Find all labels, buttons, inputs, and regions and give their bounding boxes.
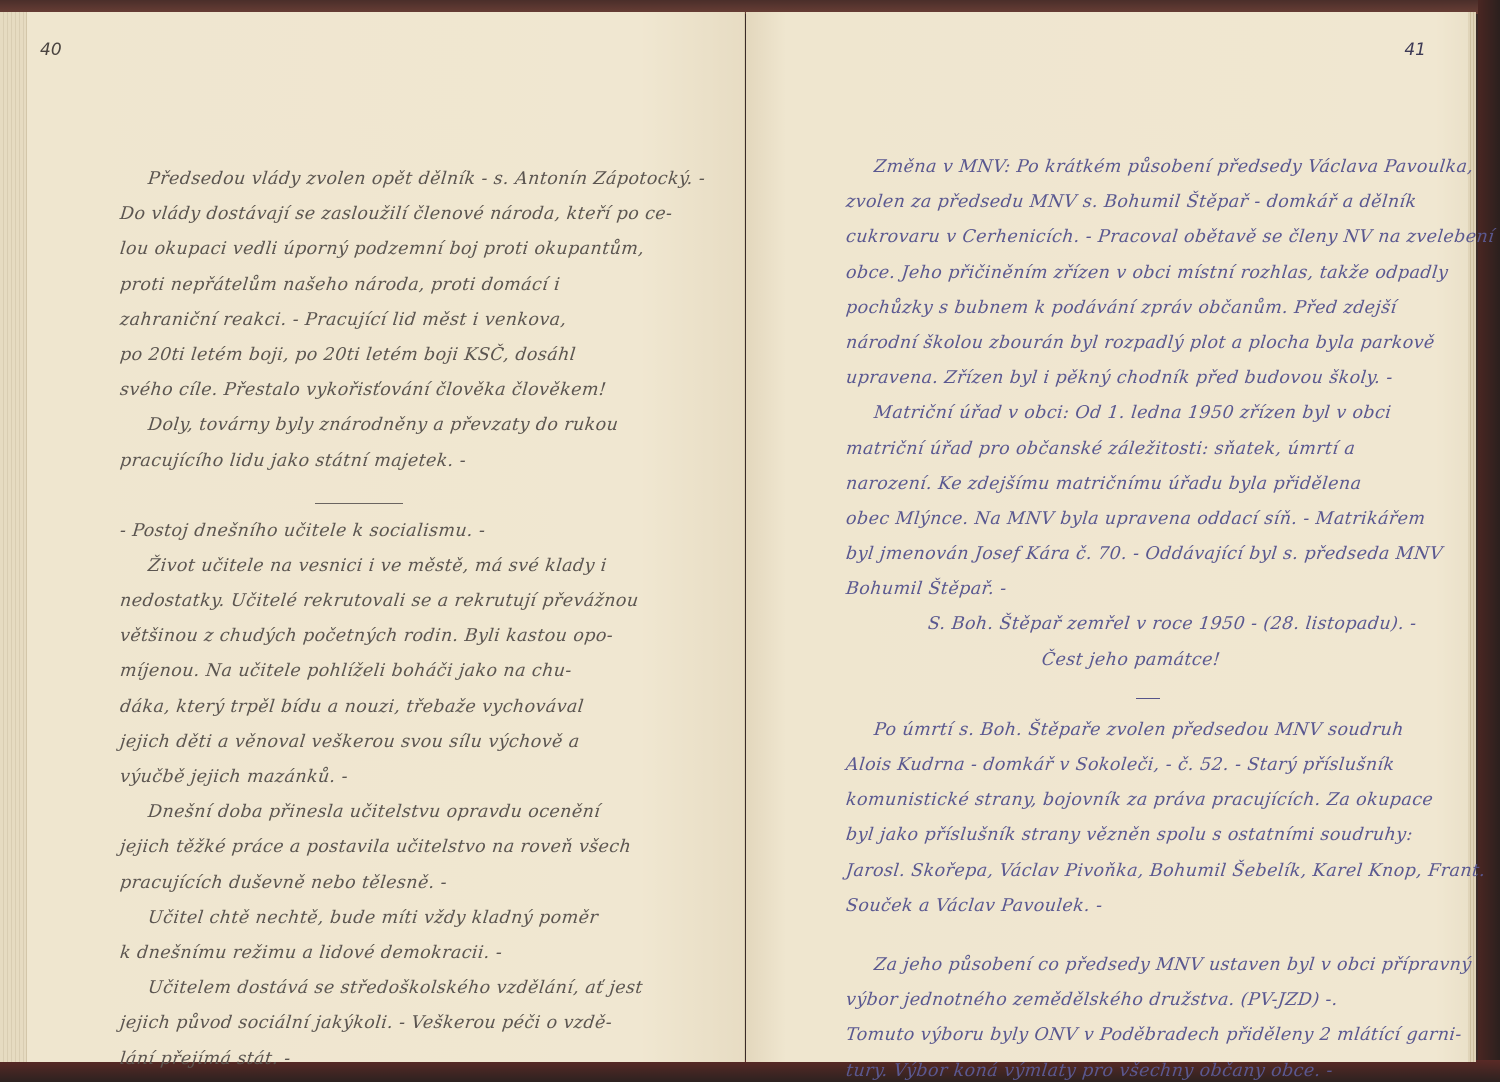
text-line: tury. Výbor koná výmlaty pro všechny obč…	[844, 1054, 1458, 1082]
book-cover-right	[1478, 0, 1500, 1082]
right-page-text: Změna v MNV: Po krátkém působení předsed…	[846, 150, 1456, 1082]
text-line: Doly, továrny byly znárodněny a převzaty…	[118, 408, 742, 443]
text-line: zahraniční reakci. - Pracující lid měst …	[118, 303, 742, 338]
section-heading: - Postoj dnešního učitele k socialismu. …	[118, 514, 742, 549]
text-line: Dnešní doba přinesla učitelstvu opravdu …	[118, 795, 742, 830]
text-line: Bohumil Štěpař. -	[844, 572, 1458, 607]
text-line: Matriční úřad v obci: Od 1. ledna 1950 z…	[844, 396, 1458, 431]
text-line: obce. Jeho přičiněním zřízen v obci míst…	[844, 256, 1458, 291]
text-line: nedostatky. Učitelé rekrutovali se a rek…	[118, 584, 742, 619]
text-line: jejich původ sociální jakýkoli. - Vešker…	[118, 1006, 742, 1041]
text-line: dáka, který trpěl bídu a nouzi, třebaže …	[118, 690, 742, 725]
text-line: jejich těžké práce a postavila učitelstv…	[118, 830, 742, 865]
text-line: Alois Kudrna - domkář v Sokoleči, - č. 5…	[844, 748, 1458, 783]
text-line: komunistické strany, bojovník za práva p…	[844, 783, 1458, 818]
page-stack-edge	[0, 12, 27, 1062]
text-line: Jarosl. Skořepa, Václav Pivoňka, Bohumil…	[844, 854, 1458, 889]
text-line: Předsedou vlády zvolen opět dělník - s. …	[118, 162, 742, 197]
text-line: proti nepřátelům našeho národa, proti do…	[118, 268, 742, 303]
page-number: 41	[1404, 40, 1426, 60]
text-line: svého cíle. Přestalo vykořisťování člově…	[118, 373, 742, 408]
text-line: lání přejímá stát. -	[118, 1042, 742, 1077]
text-line: lou okupaci vedli úporný podzemní boj pr…	[118, 232, 742, 267]
text-line: obec Mlýnce. Na MNV byla upravena oddací…	[844, 502, 1458, 537]
text-line: pochůzky s bubnem k podávání zpráv občan…	[844, 291, 1458, 326]
text-line: Do vlády dostávají se zasloužilí členové…	[118, 197, 742, 232]
text-line: upravena. Zřízen byl i pěkný chodník pře…	[844, 361, 1458, 396]
left-page-text: Předsedou vlády zvolen opět dělník - s. …	[120, 162, 740, 1077]
text-line: Za jeho působení co předsedy MNV ustaven…	[844, 948, 1458, 983]
page-number: 40	[40, 40, 62, 60]
closing-line: Čest jeho památce!	[844, 643, 1458, 678]
text-line: byl jako příslušník strany vězněn spolu …	[844, 818, 1458, 853]
section-divider	[846, 678, 1456, 713]
text-line: matriční úřad pro občanské záležitosti: …	[844, 432, 1458, 467]
spacer	[846, 924, 1456, 948]
text-line: cukrovaru v Cerhenicích. - Pracoval obět…	[844, 220, 1458, 255]
section-divider	[120, 479, 740, 514]
text-line: Změna v MNV: Po krátkém působení předsed…	[844, 150, 1458, 185]
text-line: byl jmenován Josef Kára č. 70. - Oddávaj…	[844, 537, 1458, 572]
text-line: Život učitele na vesnici i ve městě, má …	[118, 549, 742, 584]
text-line: výbor jednotného zemědělského družstva. …	[844, 983, 1458, 1018]
text-line: S. Boh. Štěpař zemřel v roce 1950 - (28.…	[844, 607, 1458, 642]
text-line: zvolen za předsedu MNV s. Bohumil Štěpař…	[844, 185, 1458, 220]
text-line: Učitelem dostává se středoškolského vzdě…	[118, 971, 742, 1006]
text-line: pracujících duševně nebo tělesně. -	[118, 866, 742, 901]
text-line: Souček a Václav Pavoulek. -	[844, 889, 1458, 924]
text-line: narození. Ke zdejšímu matričnímu úřadu b…	[844, 467, 1458, 502]
text-line: národní školou zbourán byl rozpadlý plot…	[844, 326, 1458, 361]
text-line: k dnešnímu režimu a lidové demokracii. -	[118, 936, 742, 971]
text-line: po 20ti letém boji, po 20ti letém boji K…	[118, 338, 742, 373]
text-line: Tomuto výboru byly ONV v Poděbradech při…	[844, 1018, 1458, 1053]
text-line: výučbě jejich mazánků. -	[118, 760, 742, 795]
text-line: Po úmrtí s. Boh. Štěpaře zvolen předsedo…	[844, 713, 1458, 748]
text-line: Učitel chtě nechtě, bude míti vždy kladn…	[118, 901, 742, 936]
text-line: pracujícího lidu jako státní majetek. -	[118, 444, 742, 479]
right-page: 41 Změna v MNV: Po krátkém působení před…	[746, 12, 1476, 1062]
text-line: většinou z chudých početných rodin. Byli…	[118, 619, 742, 654]
left-page: 40 Předsedou vlády zvolen opět dělník - …	[0, 12, 745, 1062]
text-line: jejich děti a věnoval veškerou svou sílu…	[118, 725, 742, 760]
text-line: míjenou. Na učitele pohlíželi boháči jak…	[118, 654, 742, 689]
